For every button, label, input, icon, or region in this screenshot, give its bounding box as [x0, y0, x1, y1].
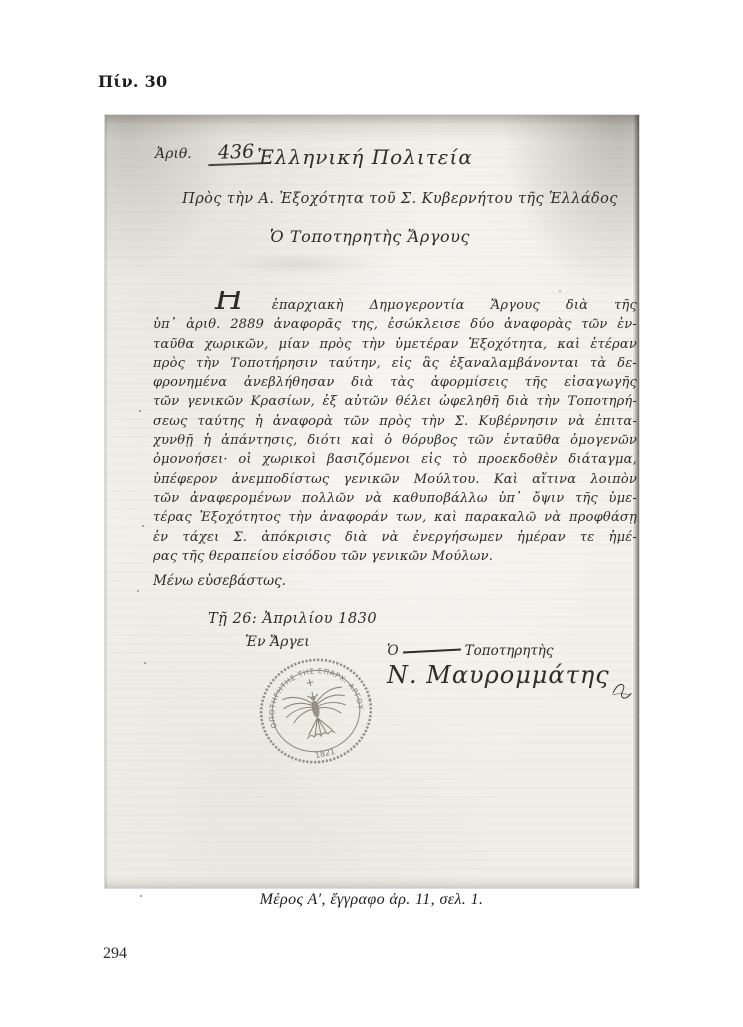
scan-smudge — [225, 253, 375, 275]
scan-left-edge — [105, 115, 108, 888]
seal-year: 1821 — [314, 747, 336, 760]
signature-name-text: Ν. Μαυρομμάτης — [387, 661, 610, 689]
body-line: ταῦθα χωρικῶν, μίαν πρὸς τὴν ὑμετέραν Ἐξ… — [153, 335, 637, 354]
body-line: τῶν ἀναφερομένων πολλῶν νὰ καθυποβάλλω ὑ… — [153, 489, 637, 508]
body-line: Ἡ ἐπαρχιακὴ Δημογεροντία Ἄργους διὰ τῆς — [153, 291, 637, 315]
official-seal: ΤΟΠΟΤΗΡΗΤΗΣ ΤΗΣ ΕΠΑΡΧ. ΑΡΓΟΥΣ 1821 — [247, 644, 386, 778]
scanned-document: Ἀριθ.436 Ἑλληνική Πολιτεία Πρὸς τὴν Α. Ἐ… — [105, 115, 639, 888]
signature-title: Ὁ Τοποτηρητὴς — [387, 643, 632, 659]
date-line: Τῇ 26: Ἀπριλίου 1830 — [208, 611, 377, 627]
plate-label: Πίν. 30 — [98, 72, 167, 91]
body-line: τέρας Ἐξοχότητος τὴν ἀναφοράν των, καὶ π… — [153, 508, 637, 527]
sender-line: Ὁ Τοποτηρητὴς Ἄργους — [250, 227, 490, 246]
body-line: τῶν γενικῶν Κρασίων, ἐξ αὐτῶν θέλει ὠφελ… — [153, 392, 637, 411]
body-line: σεως ταύτης ἡ ἀναφορὰ τῶν πρὸς τὴν Σ. Κυ… — [153, 412, 637, 431]
signature-title-stroke — [403, 648, 461, 653]
addressee-line: Πρὸς τὴν Α. Ἐξοχότητα τοῦ Σ. Κυβερνήτου … — [155, 191, 645, 207]
signature-title-article: Ὁ — [387, 643, 399, 659]
scan-speckles — [139, 410, 141, 412]
document-body: Ἡ ἐπαρχιακὴ Δημογεροντία Ἄργους διὰ τῆς … — [153, 291, 637, 566]
signature-title-word: Τοποτηρητὴς — [465, 643, 554, 659]
body-line: ἐν τάχει Σ. ἀπόκρισις διὰ νὰ ἐνεργήσωμεν… — [153, 528, 637, 547]
body-line: ρας τῆς θεραπείου εἰσόδου τῶν γενικῶν Μο… — [153, 547, 637, 566]
body-line: χυνθῇ ἡ ἀπάντησις, διότι καὶ ὁ θόρυβος τ… — [153, 431, 637, 450]
signature-flourish-icon — [612, 663, 632, 719]
body-line: πρὸς τὴν Τοποτήρησιν ταύτην, εἰς ἃς ἐξαν… — [153, 354, 637, 373]
reference-label: Ἀριθ. — [155, 146, 192, 162]
signature-block: Ὁ Τοποτηρητὴς Ν. Μαυρομμάτης — [387, 643, 632, 719]
body-line: ὑπ᾽ ἀριθ. 2889 ἀναφορᾶς της, ἐσώκλεισε δ… — [153, 315, 637, 334]
book-page: Πίν. 30 Ἀριθ.436 Ἑλληνική Πολιτεία Πρὸς … — [0, 0, 743, 1027]
scan-top-shadow — [105, 115, 639, 141]
scan-bottom-shadow — [105, 878, 639, 888]
body-line: ὁμονοήσει· οἱ χωρικοὶ βασιζόμενοι εἰς τὸ… — [153, 450, 637, 469]
caption: Μέρος Α′, ἔγγραφο ἀρ. 11, σελ. 1. — [0, 891, 743, 909]
document-title: Ἑλληνική Πολιτεία — [245, 145, 485, 169]
page-number: 294 — [103, 945, 127, 963]
signature-name: Ν. Μαυρομμάτης — [387, 661, 632, 719]
body-line: φρονημένα ἀνεβλήθησαν διὰ τὰς ἀφορμίσεις… — [153, 373, 637, 392]
closing-line: Μένω εὐσεβάστως. — [153, 573, 286, 589]
place-line: Ἐν Ἄργει — [245, 634, 310, 650]
body-line: ὑπέφερον ἀνεμποδίστως γενικῶν Μούλτου. Κ… — [153, 470, 637, 489]
